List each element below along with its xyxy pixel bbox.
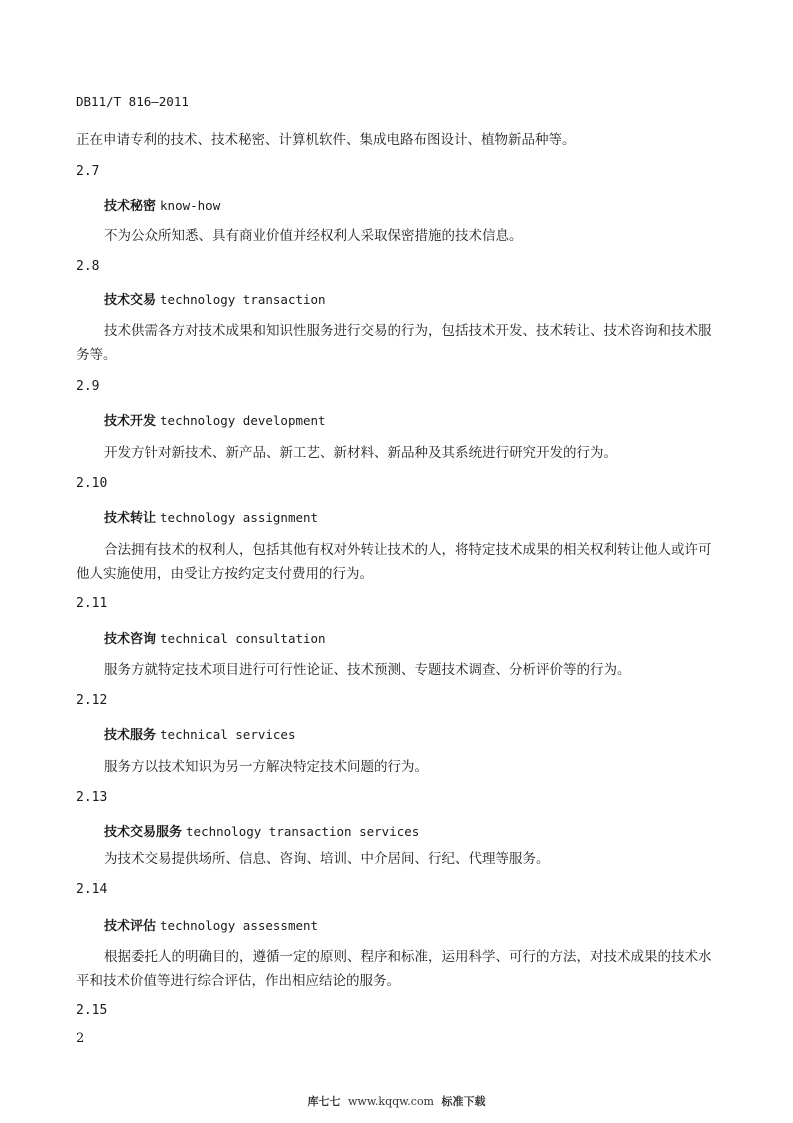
footer-url[interactable]: www.kqqw.com	[348, 1095, 434, 1108]
standard-code-header: DB11/T 816—2011	[76, 94, 189, 109]
term-heading: 技术评估technology assessment	[104, 915, 318, 934]
term-en: technology assignment	[160, 510, 318, 525]
continuation-paragraph: 正在申请专利的技术、技术秘密、计算机软件、集成电路布图设计、植物新品种等。	[76, 128, 716, 152]
term-heading: 技术秘密know-how	[104, 195, 220, 214]
term-definition: 不为公众所知悉、具有商业价值并经权利人采取保密措施的技术信息。	[76, 224, 716, 248]
term-en: know-how	[160, 198, 220, 213]
document-page: DB11/T 816—2011 正在申请专利的技术、技术秘密、计算机软件、集成电…	[0, 0, 793, 1123]
clause-number: 2.9	[76, 379, 99, 394]
term-en: technology development	[160, 413, 326, 428]
term-zh: 技术评估	[104, 919, 156, 934]
term-definition: 为技术交易提供场所、信息、咨询、培训、中介居间、行纪、代理等服务。	[76, 847, 716, 871]
page-number: 2	[76, 1031, 84, 1046]
clause-number: 2.10	[76, 476, 107, 491]
term-definition: 合法拥有技术的权利人，包括其他有权对外转让技术的人，将特定技术成果的相关权利转让…	[76, 538, 716, 586]
term-zh: 技术咨询	[104, 632, 156, 647]
term-heading: 技术开发technology development	[104, 410, 326, 429]
term-heading: 技术服务technical services	[104, 724, 295, 743]
clause-number: 2.14	[76, 882, 107, 897]
term-definition: 技术供需各方对技术成果和知识性服务进行交易的行为，包括技术开发、技术转让、技术咨…	[76, 319, 716, 367]
clause-number: 2.11	[76, 596, 107, 611]
clause-number: 2.15	[76, 1003, 107, 1018]
clause-number: 2.12	[76, 693, 107, 708]
watermark-footer: 库七七 www.kqqw.com 标准下载	[0, 1093, 793, 1109]
term-zh: 技术转让	[104, 511, 156, 526]
term-zh: 技术交易服务	[104, 825, 182, 840]
term-zh: 技术服务	[104, 728, 156, 743]
term-en: technical consultation	[160, 631, 326, 646]
term-en: technology transaction	[160, 292, 326, 307]
clause-number: 2.13	[76, 790, 107, 805]
term-definition: 服务方以技术知识为另一方解决特定技术问题的行为。	[76, 755, 716, 779]
term-definition: 服务方就特定技术项目进行可行性论证、技术预测、专题技术调查、分析评价等的行为。	[76, 658, 716, 682]
term-heading: 技术交易服务technology transaction services	[104, 821, 419, 840]
term-definition: 根据委托人的明确目的，遵循一定的原则、程序和标准，运用科学、可行的方法，对技术成…	[76, 945, 716, 993]
term-en: technology assessment	[160, 918, 318, 933]
term-zh: 技术开发	[104, 414, 156, 429]
term-heading: 技术咨询technical consultation	[104, 628, 326, 647]
clause-number: 2.7	[76, 164, 99, 179]
term-en: technical services	[160, 727, 295, 742]
footer-tagline: 标准下载	[442, 1095, 486, 1108]
term-heading: 技术交易technology transaction	[104, 289, 326, 308]
term-heading: 技术转让technology assignment	[104, 507, 318, 526]
term-zh: 技术秘密	[104, 199, 156, 214]
term-zh: 技术交易	[104, 293, 156, 308]
clause-number: 2.8	[76, 259, 99, 274]
footer-brand: 库七七	[307, 1095, 340, 1108]
term-en: technology transaction services	[186, 824, 419, 839]
term-definition: 开发方针对新技术、新产品、新工艺、新材料、新品种及其系统进行研究开发的行为。	[76, 441, 716, 465]
